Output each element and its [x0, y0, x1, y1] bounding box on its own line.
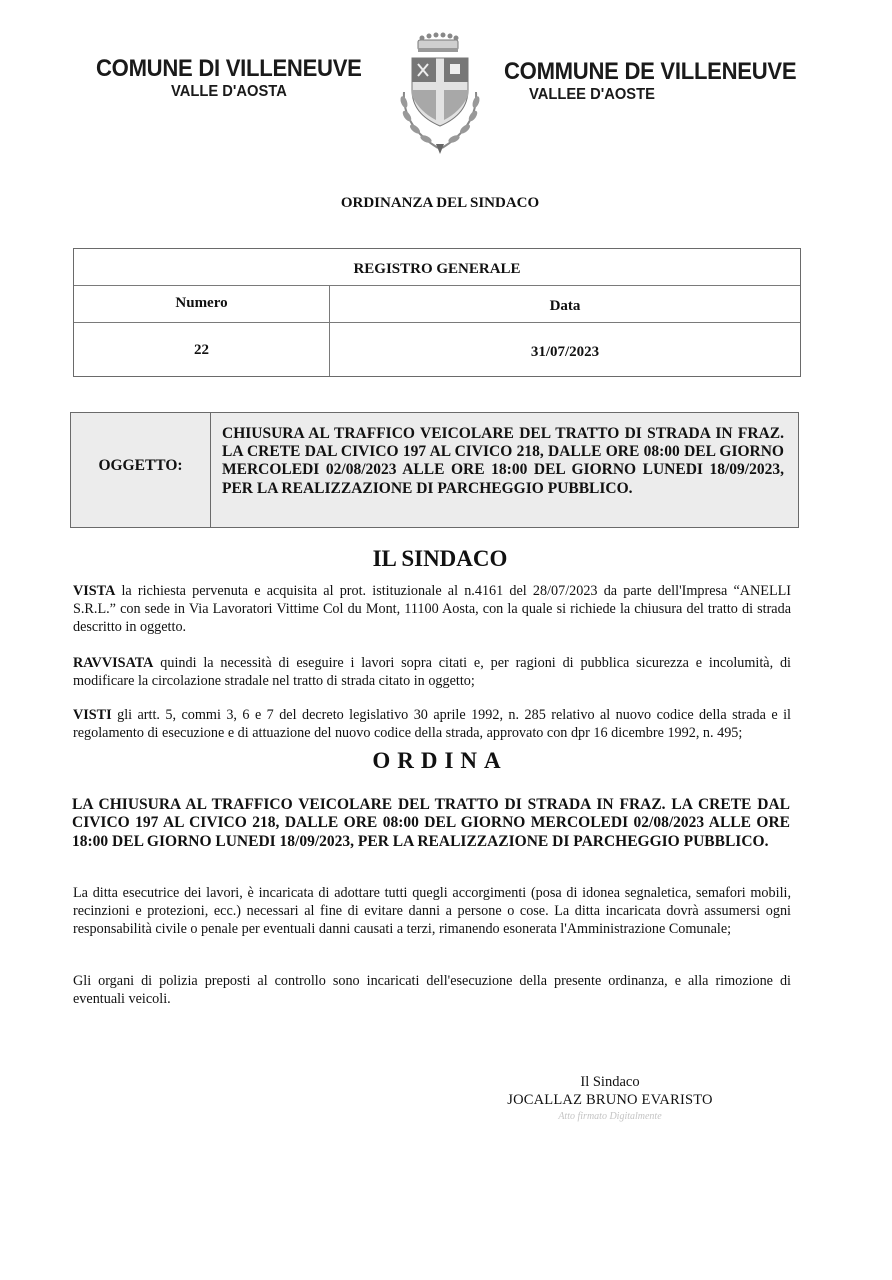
- document-type: ORDINANZA DEL SINDACO: [240, 195, 640, 212]
- premise-text: quindi la necessità di eseguire i lavori…: [73, 655, 791, 689]
- signature-name: JOCALLAZ BRUNO EVARISTO: [470, 1091, 750, 1109]
- registry-number: 22: [74, 342, 329, 359]
- authority-heading: IL SINDACO: [240, 546, 640, 572]
- subject-text: CHIUSURA AL TRAFFICO VEICOLARE DEL TRATT…: [222, 425, 784, 498]
- municipality-name-it: COMUNE DI VILLENEUVE: [96, 55, 354, 83]
- premise-lead: RAVVISATA: [73, 655, 153, 671]
- region-name-fr: VALLEE D'AOSTE: [529, 86, 809, 104]
- registry-title: REGISTRO GENERALE: [74, 261, 800, 278]
- registry-date: 31/07/2023: [330, 344, 800, 361]
- premise-visti: VISTI gli artt. 5, commi 3, 6 e 7 del de…: [73, 706, 791, 742]
- premise-lead: VISTI: [73, 707, 112, 723]
- provision-police: Gli organi di polizia preposti al contro…: [73, 972, 791, 1008]
- premise-vista: VISTA la richiesta pervenuta e acquisita…: [73, 582, 791, 636]
- provision-contractor: La ditta esecutrice dei lavori, è incari…: [73, 884, 791, 938]
- municipality-name-fr: COMMUNE DE VILLENEUVE: [504, 58, 798, 86]
- registry-header-number: Numero: [74, 295, 329, 312]
- subject-box: OGGETTO: CHIUSURA AL TRAFFICO VEICOLARE …: [70, 412, 799, 528]
- registry-table: REGISTRO GENERALE Numero Data 22 31/07/2…: [73, 248, 801, 377]
- premise-lead: VISTA: [73, 583, 115, 599]
- registry-header-date: Data: [330, 298, 800, 315]
- premise-text: gli artt. 5, commi 3, 6 e 7 del decreto …: [73, 707, 791, 741]
- signature-block: Il Sindaco JOCALLAZ BRUNO EVARISTO Atto …: [470, 1074, 750, 1122]
- subject-label: OGGETTO:: [71, 457, 210, 475]
- order-text: LA CHIUSURA AL TRAFFICO VEICOLARE DEL TR…: [72, 796, 790, 851]
- header-left: COMUNE DI VILLENEUVE VALLE D'AOSTA: [96, 55, 376, 101]
- coat-of-arms-icon: [390, 30, 490, 156]
- signature-role: Il Sindaco: [470, 1074, 750, 1091]
- region-name-it: VALLE D'AOSTA: [171, 83, 366, 101]
- premise-ravvisata: RAVVISATA quindi la necessità di eseguir…: [73, 654, 791, 690]
- order-heading: ORDINA: [240, 748, 640, 774]
- premise-text: la richiesta pervenuta e acquisita al pr…: [73, 583, 791, 635]
- header-right: COMMUNE DE VILLENEUVE VALLEE D'AOSTE: [504, 58, 824, 104]
- digital-signature-note: Atto firmato Digitalmente: [470, 1111, 750, 1122]
